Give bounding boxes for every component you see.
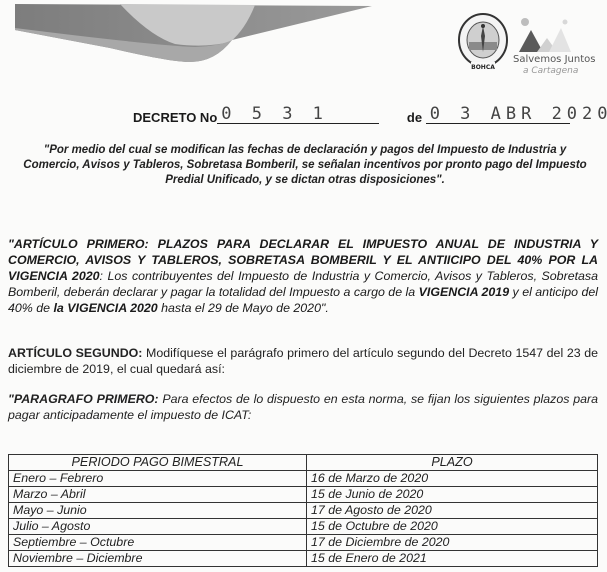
paragrafo-primero: "PARAGRAFO PRIMERO: Para efectos de lo d…	[8, 391, 598, 423]
period-cell: Mayo – Junio	[9, 503, 307, 519]
articulo-primero: "ARTÍCULO PRIMERO: PLAZOS PARA DECLARAR …	[8, 236, 598, 316]
column-header-period: PERIODO PAGO BIMESTRAL	[9, 455, 307, 471]
table-header-row: PERIODO PAGO BIMESTRAL PLAZO	[9, 455, 598, 471]
letterhead-banner-graphic	[0, 0, 400, 70]
table-row: Enero – Febrero 16 de Marzo de 2020	[9, 471, 598, 487]
period-cell: Marzo – Abril	[9, 487, 307, 503]
decree-number-field: 0 5 3 1	[217, 105, 379, 124]
header-logos: BOHCA Salvemos Juntos a Cartagena	[455, 8, 605, 78]
brand-line-1: Salvemos Juntos	[513, 54, 595, 65]
period-cell: Enero – Febrero	[9, 471, 307, 487]
articulo-primero-bold-1: VIGENCIA 2019	[419, 285, 509, 299]
deadline-cell: 15 de Enero de 2021	[307, 551, 598, 567]
table-row: Marzo – Abril 15 de Junio de 2020	[9, 487, 598, 503]
decree-label: DECRETO No	[133, 110, 217, 125]
deadline-cell: 15 de Octubre de 2020	[307, 519, 598, 535]
table-row: Julio – Agosto 15 de Octubre de 2020	[9, 519, 598, 535]
deadline-cell: 16 de Marzo de 2020	[307, 471, 598, 487]
table-row: Noviembre – Diciembre 15 de Enero de 202…	[9, 551, 598, 567]
period-cell: Julio – Agosto	[9, 519, 307, 535]
decree-date-field: 0 3 ABR 2020	[426, 105, 570, 124]
paragrafo-primero-lead: "PARAGRAFO PRIMERO:	[8, 392, 159, 406]
period-cell: Septiembre – Octubre	[9, 535, 307, 551]
city-seal-icon: BOHCA	[457, 12, 509, 72]
decree-de-label: de	[407, 110, 422, 125]
decree-subject: "Por medio del cual se modifican las fec…	[20, 143, 590, 188]
articulo-primero-text-3: hasta el 29 de Mayo de 2020".	[158, 301, 329, 315]
period-cell: Noviembre – Diciembre	[9, 551, 307, 567]
table-row: Mayo – Junio 17 de Agosto de 2020	[9, 503, 598, 519]
brand-line-2: a Cartagena	[523, 66, 578, 76]
payment-deadlines-table: PERIODO PAGO BIMESTRAL PLAZO Enero – Feb…	[8, 454, 598, 567]
deadline-cell: 17 de Diciembre de 2020	[307, 535, 598, 551]
column-header-deadline: PLAZO	[307, 455, 598, 471]
articulo-segundo: ARTÍCULO SEGUNDO: Modifíquese el parágra…	[8, 345, 598, 377]
articulo-segundo-lead: ARTÍCULO SEGUNDO:	[8, 346, 142, 360]
svg-text:BOHCA: BOHCA	[471, 64, 495, 71]
salvemos-juntos-mountains-icon	[517, 16, 573, 56]
table-row: Septiembre – Octubre 17 de Diciembre de …	[9, 535, 598, 551]
deadline-cell: 17 de Agosto de 2020	[307, 503, 598, 519]
deadline-cell: 15 de Junio de 2020	[307, 487, 598, 503]
decree-heading: DECRETO No0 5 3 1 de 0 3 ABR 2020	[133, 108, 570, 127]
articulo-primero-bold-2: la VIGENCIA 2020	[53, 301, 157, 315]
